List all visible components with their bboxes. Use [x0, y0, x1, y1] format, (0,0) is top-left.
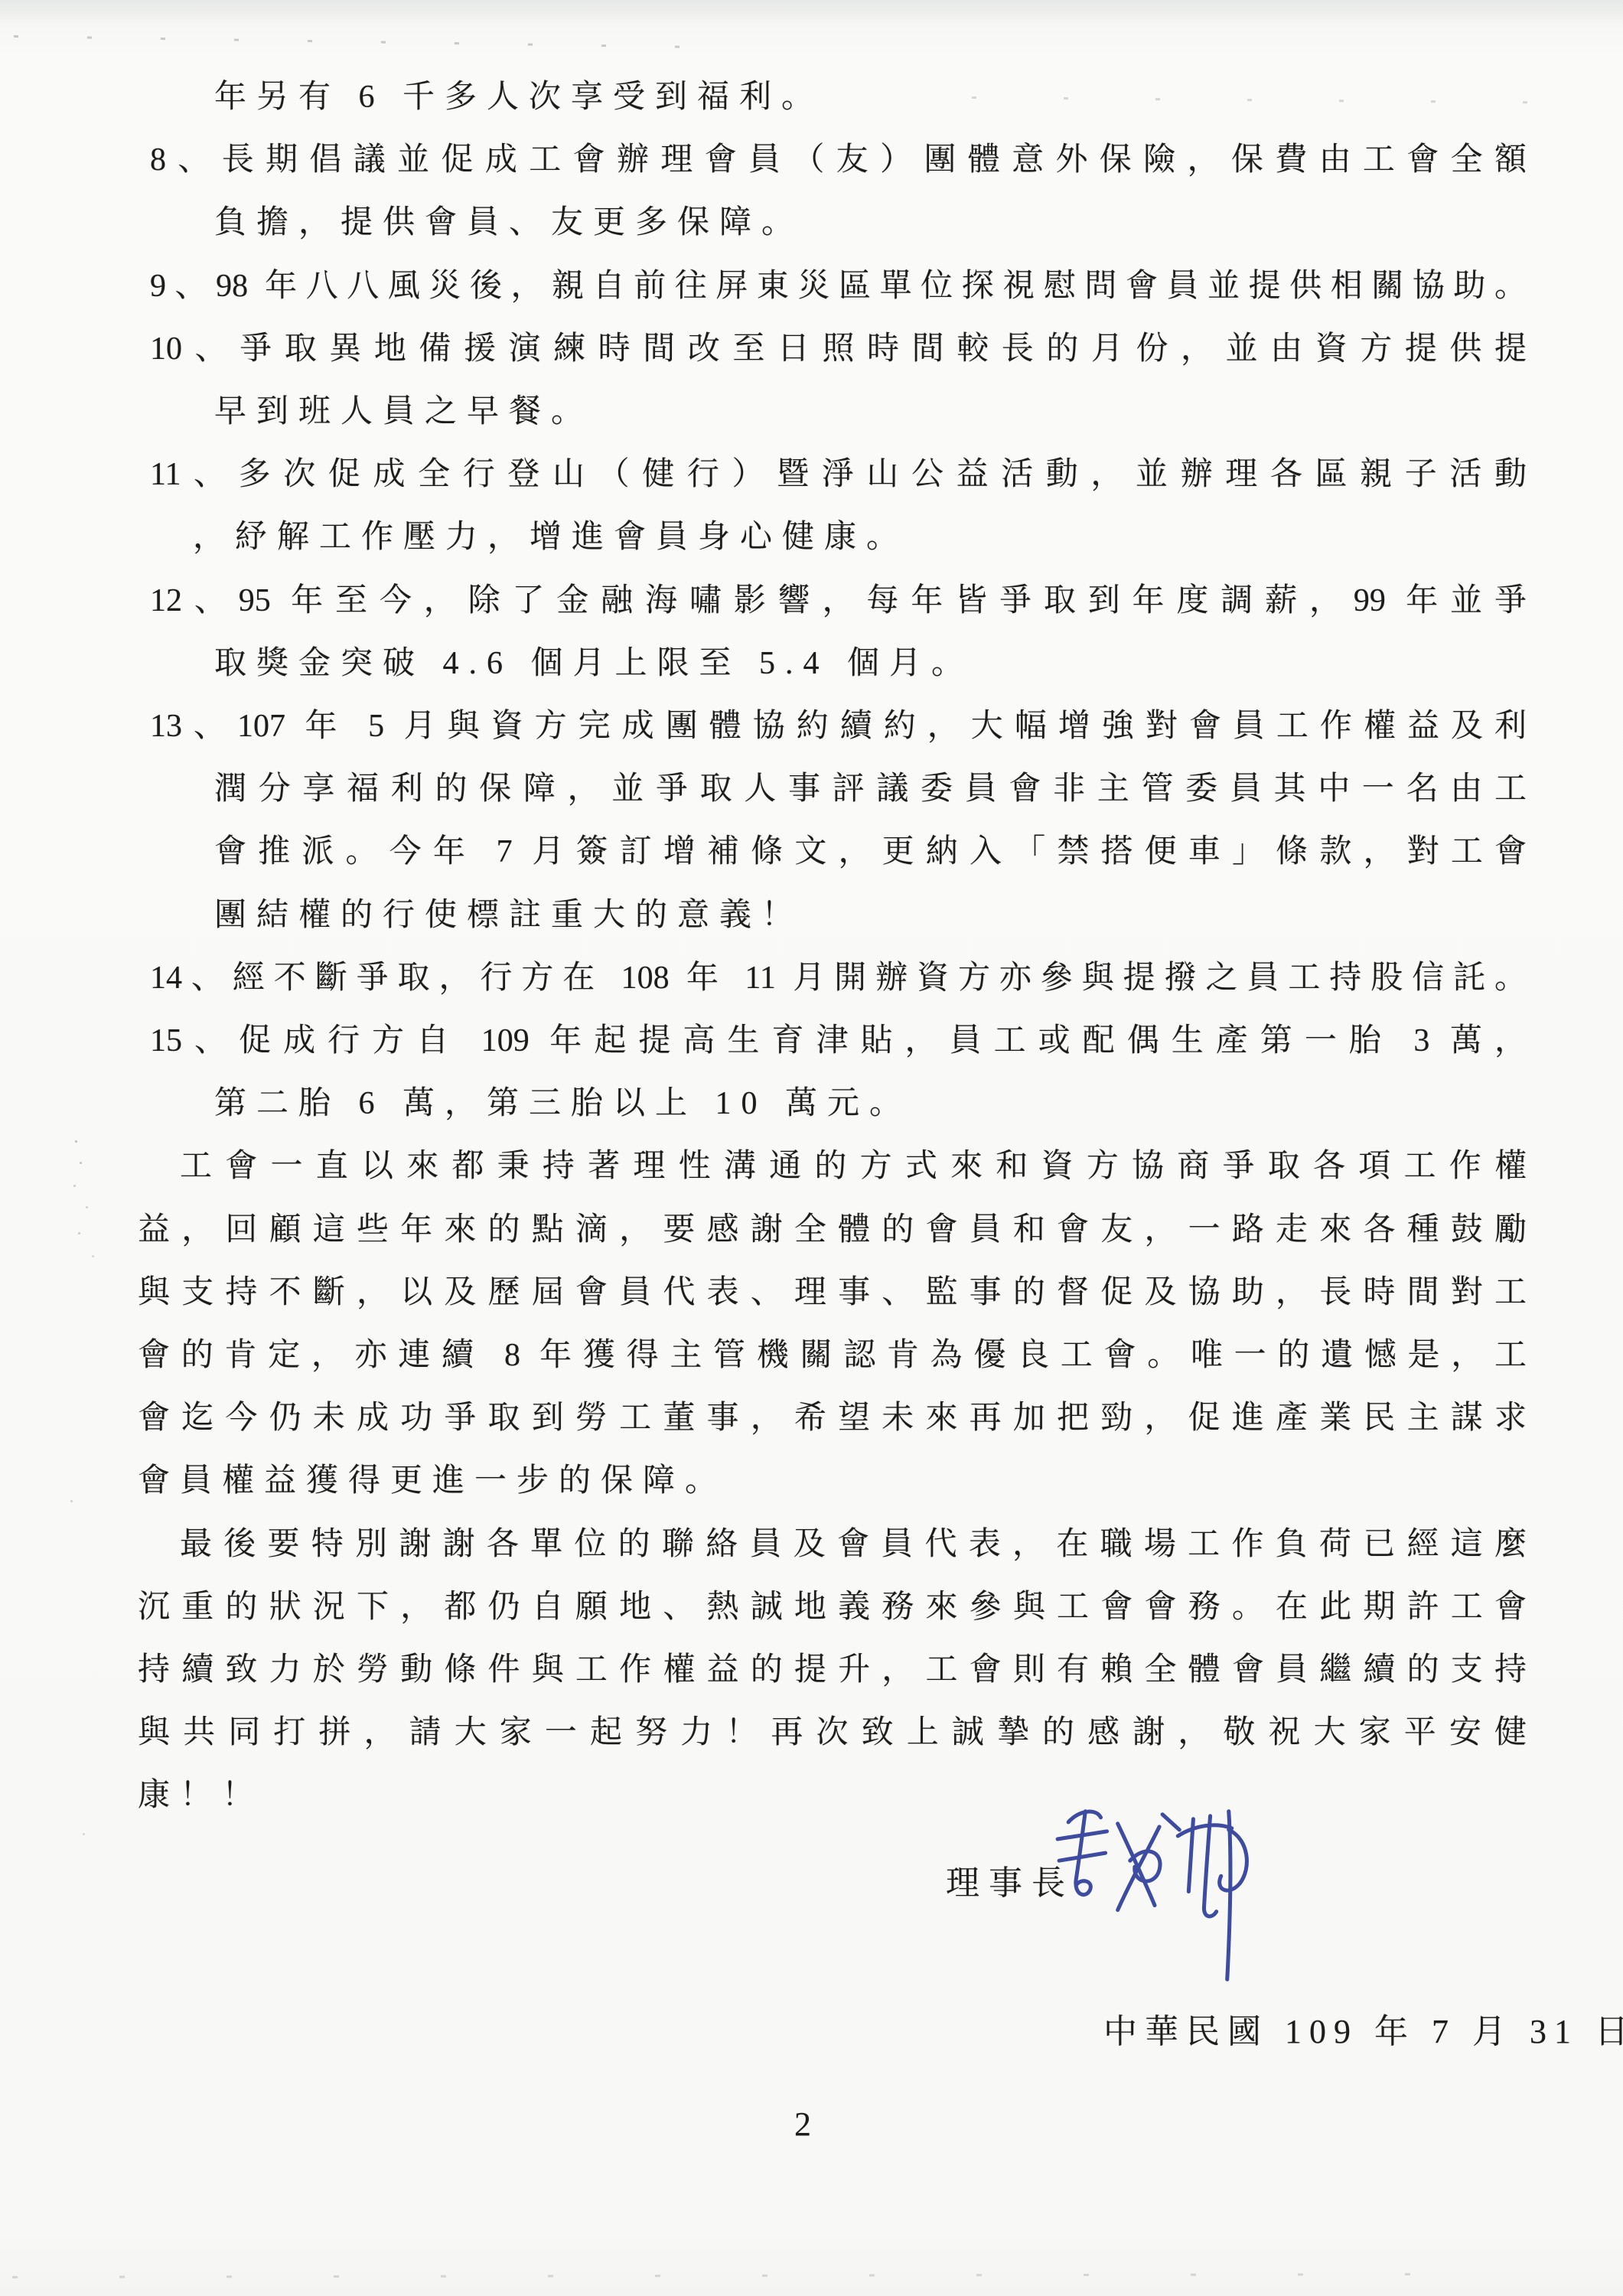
- text-line: 團結權的行使標註重大的意義！: [214, 893, 803, 938]
- text-line: 與共同打拼，請大家一起努力！再次致上誠摯的感謝，敬祝大家平安健: [138, 1711, 1527, 1755]
- text-line: 年另有 6 千多人次享受到福利。: [214, 75, 823, 119]
- text-line: 14、經不斷爭取，行方在 108 年 11 月開辦資方亦參與提撥之員工持股信託。: [150, 956, 1527, 1000]
- text-line: 取獎金突破 4.6 個月上限至 5.4 個月。: [214, 641, 973, 686]
- text-line: 10、爭取異地備援演練時間改至日照時間較長的月份，並由資方提供提: [150, 327, 1527, 371]
- scan-dust-line-bottom: [12, 2273, 1413, 2278]
- text-line: 潤分享福利的保障，並爭取人事評議委員會非主管委員其中一名由工: [214, 767, 1527, 811]
- text-line: 會的肯定，亦連續 8 年獲得主管機關認肯為優良工會。唯一的遺憾是，工: [138, 1333, 1527, 1378]
- text-line: ，紓解工作壓力，增進會員身心健康。: [193, 515, 908, 559]
- chairman-signature: [1047, 1795, 1255, 1993]
- text-line: 早到班人員之早餐。: [214, 390, 593, 434]
- text-line: 益，回顧這些年來的點滴，要感謝全體的會員和會友，一路走來各種鼓勵: [138, 1208, 1527, 1252]
- text-line: 會員權益獲得更進一步的保障。: [138, 1459, 727, 1503]
- text-line: 9、98 年八八風災後，親自前往屏東災區單位探視慰問會員並提供相關協助。: [150, 264, 1527, 308]
- scan-dust-line-top-left: [14, 35, 748, 49]
- scanned-page: 年另有 6 千多人次享受到福利。8、長期倡議並促成工會辦理會員（友）團體意外保險…: [0, 0, 1623, 2296]
- text-line: 負擔，提供會員、友更多保障。: [214, 201, 803, 245]
- text-line: 工會一直以來都秉持著理性溝通的方式來和資方協商爭取各項工作權: [180, 1144, 1527, 1189]
- text-line: 12、95 年至今，除了金融海嘯影響，每年皆爭取到年度調薪，99 年並爭: [150, 579, 1527, 623]
- text-line: 13、107 年 5 月與資方完成團體協約續約，大幅增強對會員工作權益及利: [150, 704, 1527, 748]
- text-line: 8、長期倡議並促成工會辦理會員（友）團體意外保險，保費由工會全額: [150, 138, 1527, 182]
- text-line: 第二胎 6 萬，第三胎以上 10 萬元。: [214, 1081, 911, 1126]
- text-line: 持續致力於勞動條件與工作權益的提升，工會則有賴全體會員繼續的支持: [138, 1648, 1527, 1692]
- text-line: 會推派。今年 7 月簽訂增補條文，更納入「禁搭便車」條款，對工會: [214, 830, 1527, 874]
- scan-dust-line-top-right: [972, 96, 1615, 104]
- text-line: 11、多次促成全行登山（健行）暨淨山公益活動，並辦理各區親子活動: [150, 452, 1527, 497]
- text-line: 會迄今仍未成功爭取到勞工董事，希望未來再加把勁，促進產業民主謀求: [138, 1396, 1527, 1440]
- text-line: 最後要特別謝謝各單位的聯絡員及會員代表，在職場工作負荷已經這麼: [180, 1522, 1527, 1567]
- text-line: 與支持不斷，以及歷屆會員代表、理事、監事的督促及協助，長時間對工: [138, 1270, 1527, 1315]
- date-line: 中華民國 109 年 7 月 31 日: [1103, 2004, 1623, 2053]
- page-number: 2: [794, 2105, 811, 2144]
- text-line: 沉重的狀況下，都仍自願地、熱誠地義務來參與工會會務。在此期許工會: [138, 1585, 1527, 1629]
- scan-specks-left-margin: [75, 1140, 77, 1143]
- text-line: 15、促成行方自 109 年起提高生育津貼，員工或配偶生產第一胎 3 萬，: [150, 1019, 1527, 1063]
- text-line: 康！！: [138, 1773, 264, 1818]
- scan-edge-shadow: [0, 0, 1623, 26]
